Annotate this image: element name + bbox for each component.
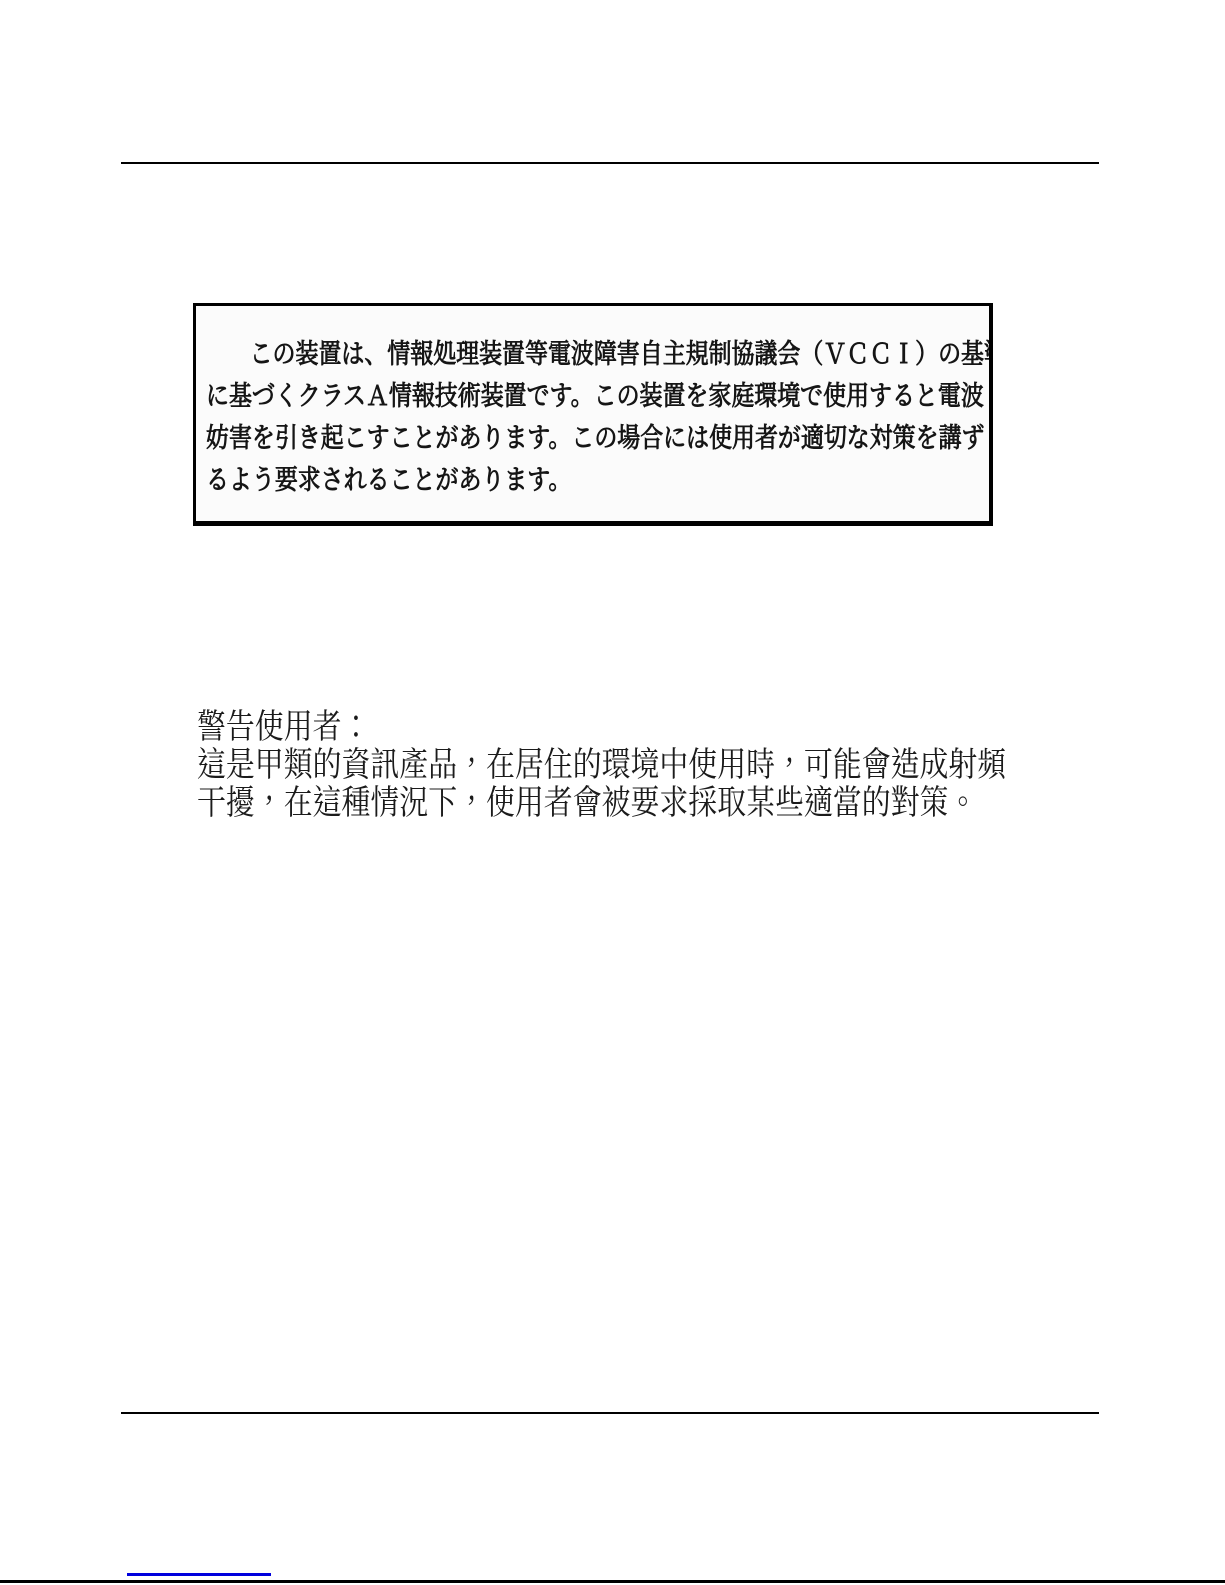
vcci-notice-line-3: 妨害を引き起こすことがあります。この場合には使用者が適切な対策を講ず <box>206 418 868 460</box>
footer-link-underline[interactable] <box>127 1573 271 1576</box>
bottom-divider-rule <box>121 1412 1099 1414</box>
bsmi-warning-line-2: 這是甲類的資訊產品，在居住的環境中使用時，可能會造成射頻 <box>197 746 1006 784</box>
bsmi-warning-line-3: 干擾，在這種情況下，使用者會被要求採取某些適當的對策。 <box>197 784 1006 822</box>
bsmi-warning-heading: 警告使用者： <box>197 708 1006 746</box>
document-page: この装置は、情報処理装置等電波障害自主規制協議会（ＶＣＣＩ）の基準 に基づくクラ… <box>0 0 1225 1585</box>
vcci-notice-line-4: るよう要求されることがあります。 <box>206 460 868 502</box>
bsmi-class-a-warning: 警告使用者： 這是甲類的資訊產品，在居住的環境中使用時，可能會造成射頻 干擾，在… <box>197 708 1149 822</box>
page-bottom-border <box>0 1580 1225 1583</box>
vcci-notice-line-2: に基づくクラスＡ情報技術装置です。この装置を家庭環境で使用すると電波 <box>206 376 868 418</box>
top-divider-rule <box>121 162 1099 164</box>
vcci-class-a-notice-box: この装置は、情報処理装置等電波障害自主規制協議会（ＶＣＣＩ）の基準 に基づくクラ… <box>193 303 993 526</box>
vcci-notice-line-1: この装置は、情報処理装置等電波障害自主規制協議会（ＶＣＣＩ）の基準 <box>206 334 868 376</box>
